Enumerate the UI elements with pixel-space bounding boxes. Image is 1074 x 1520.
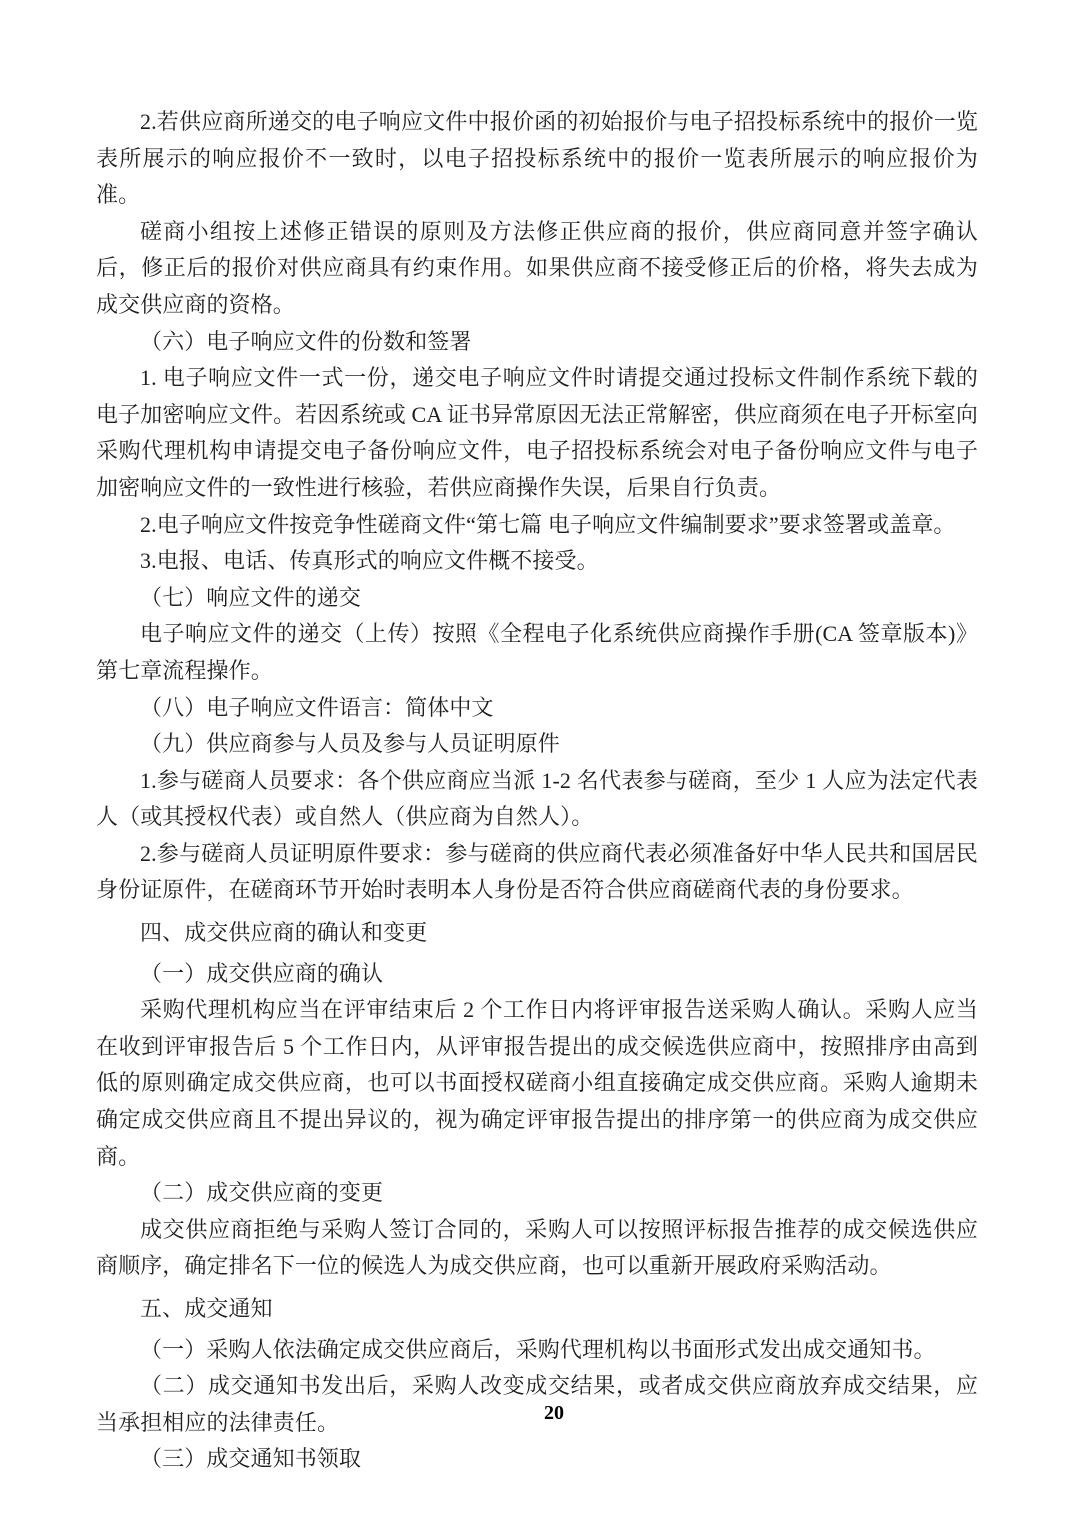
body-paragraph: 磋商小组按上述修正错误的原则及方法修正供应商的报价，供应商同意并签字确认后，修正… [96, 214, 978, 324]
clause-heading: （七）响应文件的递交 [96, 580, 978, 617]
body-paragraph: 2.若供应商所递交的电子响应文件中报价函的初始报价与电子招投标系统中的报价一览表… [96, 104, 978, 214]
clause-heading: （一）成交供应商的确认 [96, 956, 978, 993]
body-paragraph: 1. 电子响应文件一式一份，递交电子响应文件时请提交通过投标文件制作系统下载的电… [96, 360, 978, 506]
clause-heading: （九）供应商参与人员及参与人员证明原件 [96, 726, 978, 763]
body-paragraph: （一）采购人依法确定成交供应商后，采购代理机构以书面形式发出成交通知书。 [96, 1332, 978, 1369]
body-paragraph: 2.参与磋商人员证明原件要求：参与磋商的供应商代表必须准备好中华人民共和国居民身… [96, 836, 978, 909]
body-paragraph: 3.电报、电话、传真形式的响应文件概不接受。 [96, 543, 978, 580]
body-paragraph: 电子响应文件的递交（上传）按照《全程电子化系统供应商操作手册(CA 签章版本)》… [96, 616, 978, 689]
page-number: 20 [17, 1402, 1074, 1425]
document-body: 2.若供应商所递交的电子响应文件中报价函的初始报价与电子招投标系统中的报价一览表… [96, 104, 978, 1478]
section-heading: 五、成交通知 [96, 1291, 978, 1328]
clause-heading: （二）成交供应商的变更 [96, 1175, 978, 1212]
body-paragraph: 采购代理机构应当在评审结束后 2 个工作日内将评审报告送采购人确认。采购人应当在… [96, 992, 978, 1175]
clause-heading: （三）成交通知书领取 [96, 1441, 978, 1478]
document-page: 2.若供应商所递交的电子响应文件中报价函的初始报价与电子招投标系统中的报价一览表… [0, 0, 1074, 1520]
body-paragraph: 成交供应商拒绝与采购人签订合同的，采购人可以按照评标报告推荐的成交候选供应商顺序… [96, 1212, 978, 1285]
body-paragraph: 2.电子响应文件按竞争性磋商文件“第七篇 电子响应文件编制要求”要求签署或盖章。 [96, 507, 978, 544]
section-heading: 四、成交供应商的确认和变更 [96, 915, 978, 952]
clause-heading: （八）电子响应文件语言：简体中文 [96, 690, 978, 727]
body-paragraph: 1.参与磋商人员要求：各个供应商应当派 1-2 名代表参与磋商，至少 1 人应为… [96, 763, 978, 836]
clause-heading: （六）电子响应文件的份数和签署 [96, 324, 978, 361]
